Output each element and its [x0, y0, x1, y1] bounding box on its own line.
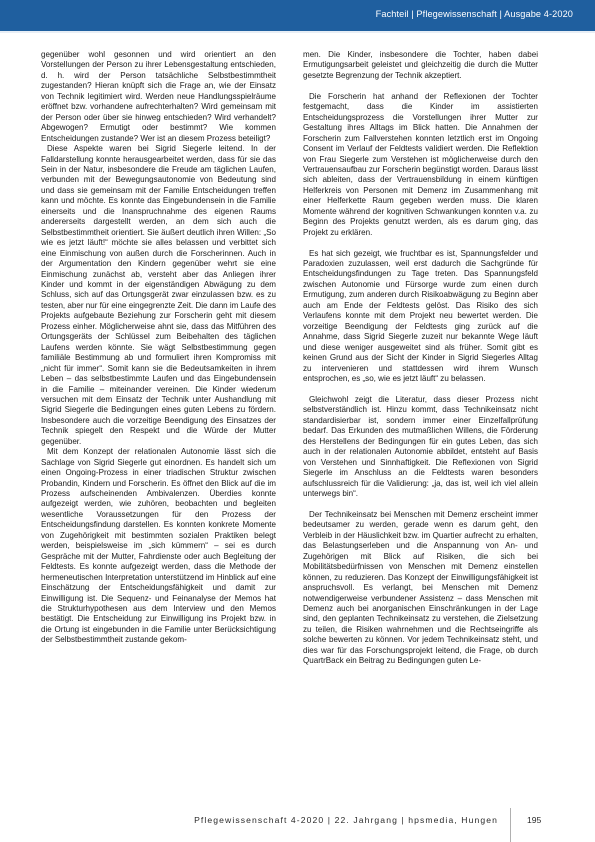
- running-header-title: Fachteil | Pflegewissenschaft | Ausgabe …: [376, 9, 573, 19]
- paragraph: Mit dem Konzept der relationalen Autonom…: [41, 447, 276, 646]
- paragraph: Der Technikeinsatz bei Menschen mit Deme…: [303, 510, 538, 667]
- page-footer: Pflegewissenschaft 4-2020 | 22. Jahrgang…: [0, 808, 595, 842]
- paragraph: Gleichwohl zeigt die Literatur, dass die…: [303, 395, 538, 500]
- right-text-column: men. Die Kinder, insbesondere die Tochte…: [303, 50, 538, 667]
- paragraph: Es hat sich gezeigt, wie fruchtbar es is…: [303, 249, 538, 385]
- paragraph: Diese Aspekte waren bei Sigrid Siegerle …: [41, 144, 276, 447]
- footer-divider: [510, 808, 511, 842]
- left-text-column: gegenüber wohl gesonnen und wird orienti…: [41, 50, 276, 646]
- page-number: 195: [527, 815, 541, 825]
- header-divider: [0, 31, 595, 33]
- header-bar: Fachteil | Pflegewissenschaft | Ausgabe …: [0, 0, 595, 31]
- footer-journal-info: Pflegewissenschaft 4-2020 | 22. Jahrgang…: [194, 815, 498, 825]
- paragraph: Die Forscherin hat anhand der Reflexione…: [303, 92, 538, 238]
- paragraph: gegenüber wohl gesonnen und wird orienti…: [41, 50, 276, 144]
- paragraph: men. Die Kinder, insbesondere die Tochte…: [303, 50, 538, 81]
